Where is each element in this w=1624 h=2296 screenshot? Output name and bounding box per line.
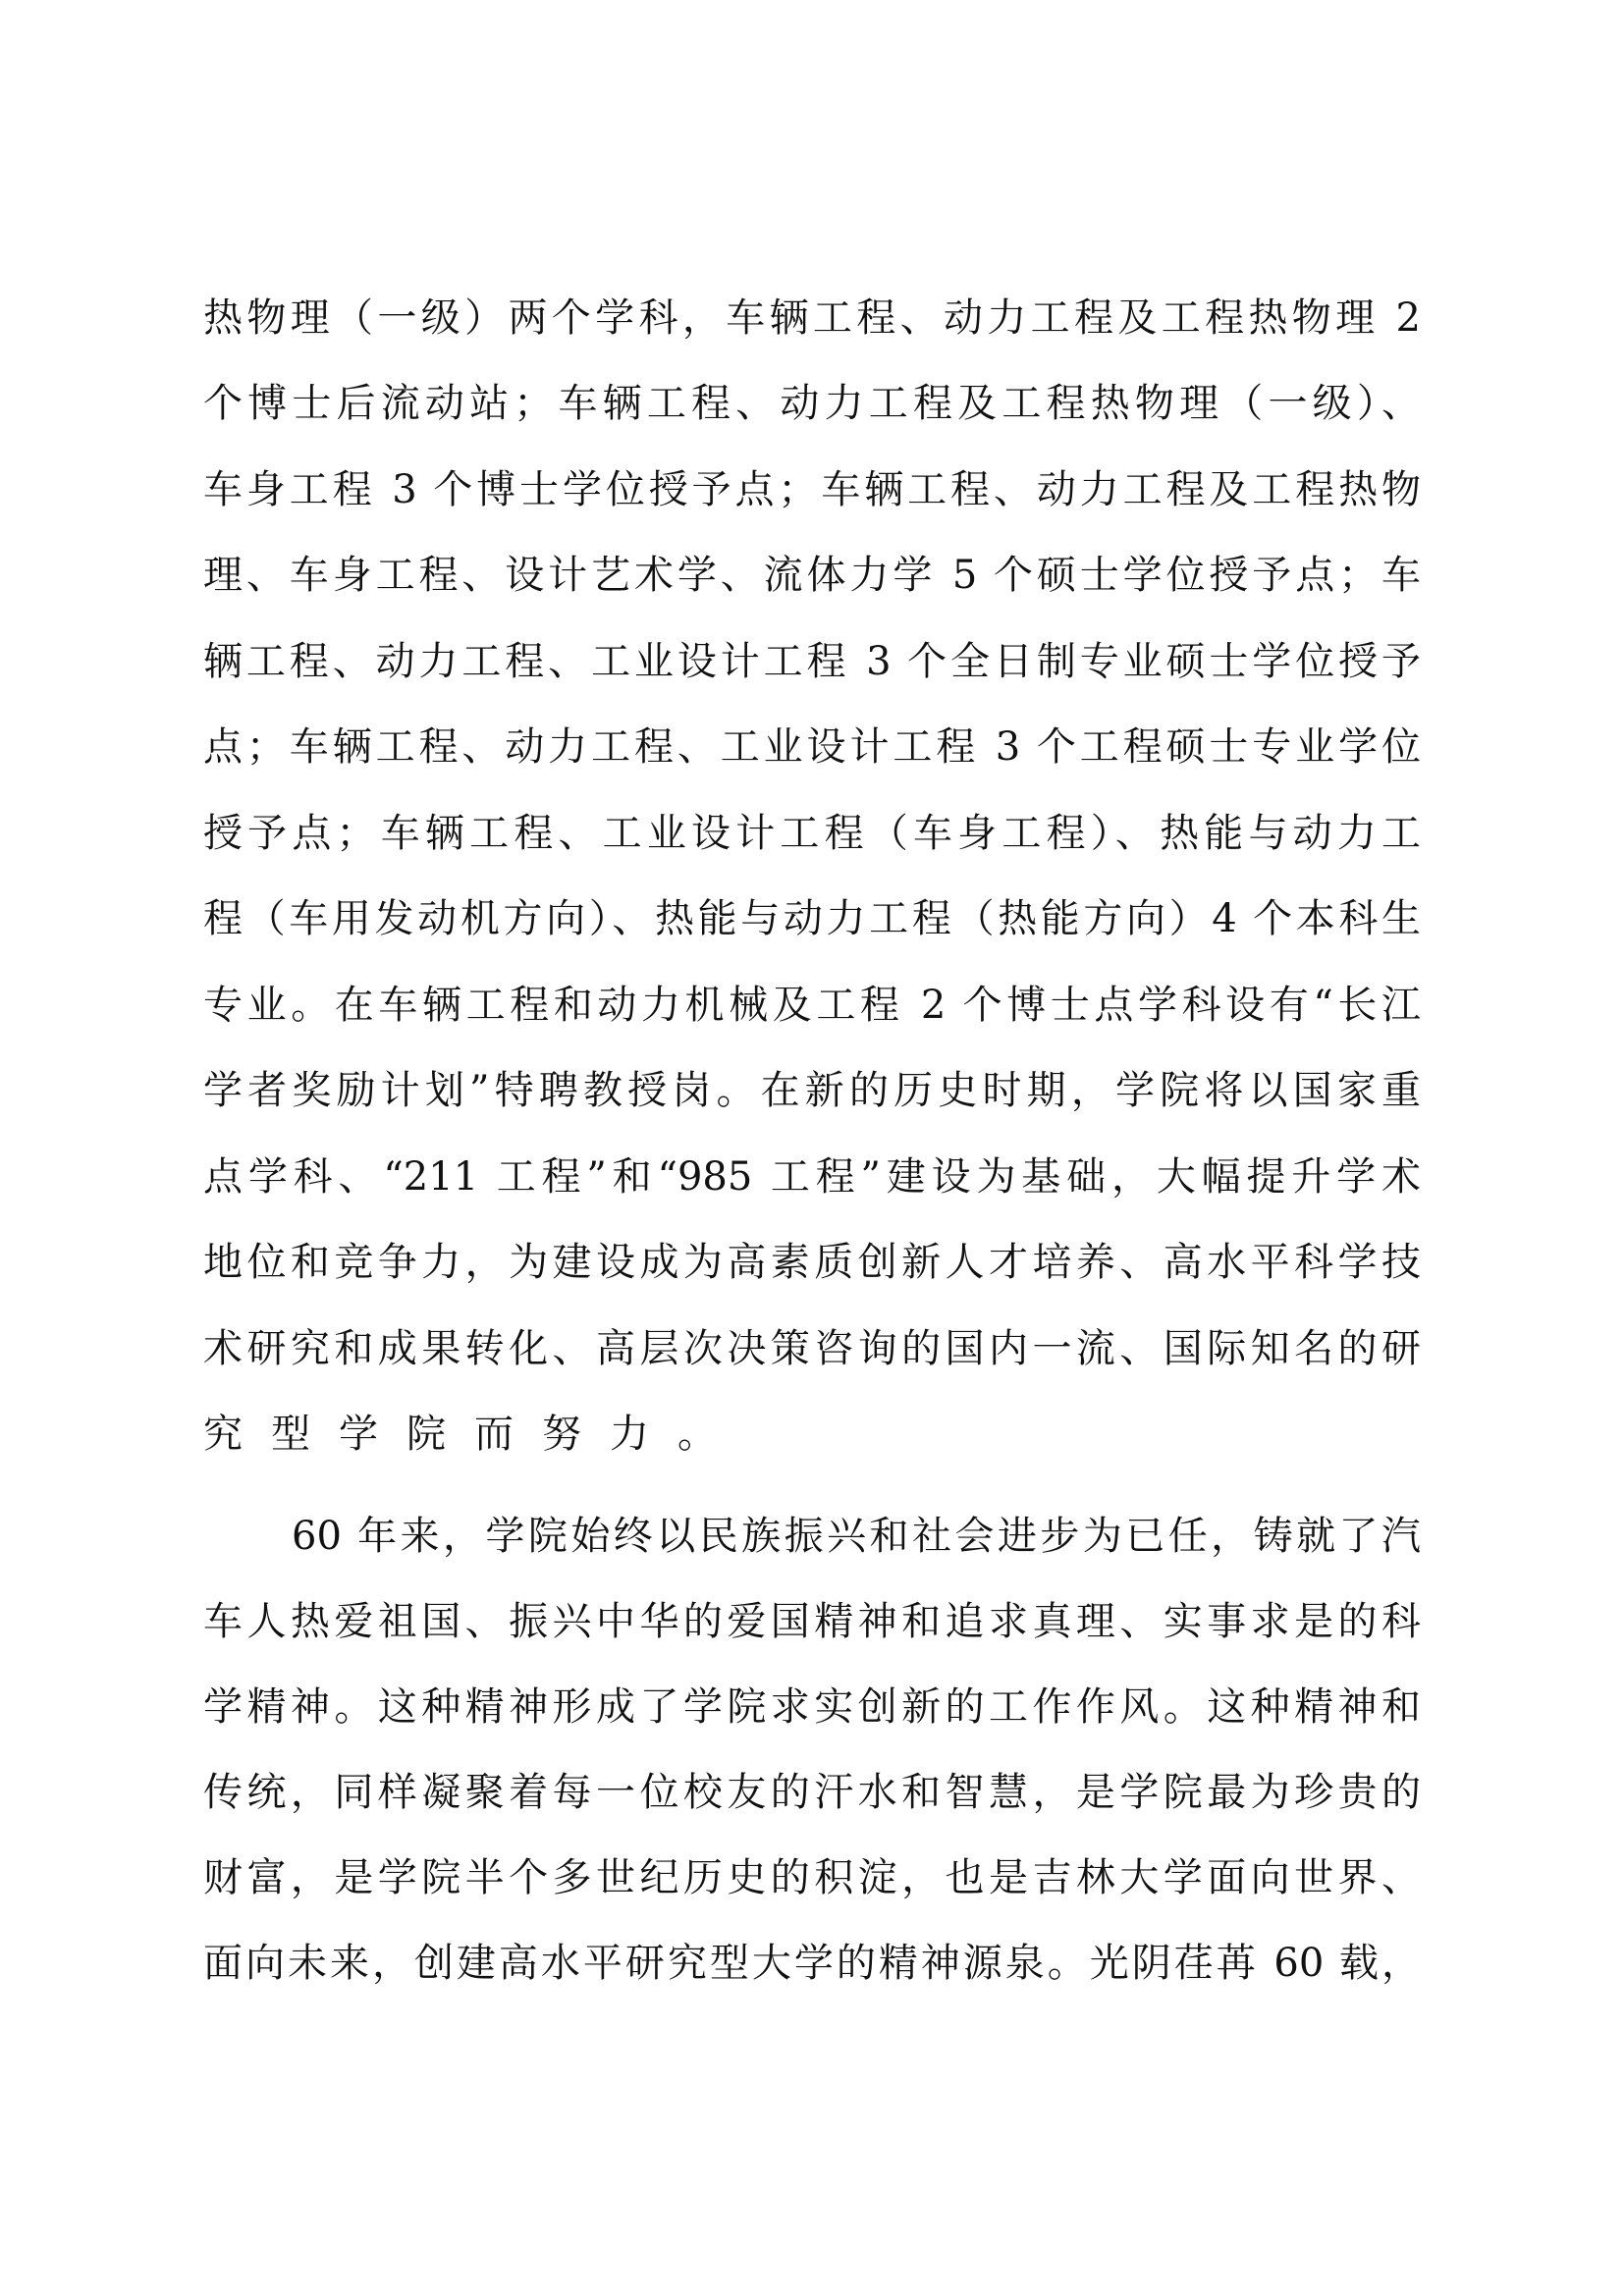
text-line: 点；车辆工程、动力工程、工业设计工程 3 个工程硕士专业学位 (203, 723, 1421, 771)
text-line: 理、车身工程、设计艺术学、流体力学 5 个硕士学位授予点；车 (203, 552, 1421, 599)
text-line: 地位和竞争力，为建设成为高素质创新人才培养、高水平科学技 (203, 1239, 1421, 1286)
text-line: 究型学院而努力。 (203, 1411, 1421, 1458)
text-line: 个博士后流动站；车辆工程、动力工程及工程热物理（一级）、 (203, 380, 1421, 427)
text-line: 传统，同样凝聚着每一位校友的汗水和智慧，是学院最为珍贵的 (203, 1769, 1421, 1816)
text-line: 学者奖励计划”特聘教授岗。在新的历史时期，学院将以国家重 (203, 1067, 1421, 1114)
text-line: 辆工程、动力工程、工业设计工程 3 个全日制专业硕士学位授予 (203, 638, 1421, 685)
text-line: 60 年来，学院始终以民族振兴和社会进步为已任，铸就了汽 (292, 1513, 1421, 1560)
text-line: 财富，是学院半个多世纪历史的积淀，也是吉林大学面向世界、 (203, 1854, 1421, 1901)
text-line: 面向未来，创建高水平研究型大学的精神源泉。光阴荏苒 60 载， (203, 1940, 1421, 1987)
text-line: 点学科、“211 工程”和“985 工程”建设为基础，大幅提升学术 (203, 1153, 1421, 1201)
document-page: 热物理（一级）两个学科，车辆工程、动力工程及工程热物理 2 个博士后流动站；车辆… (0, 0, 1624, 2296)
text-line: 程（车用发动机方向）、热能与动力工程（热能方向）4 个本科生 (203, 895, 1421, 942)
text-line: 车身工程 3 个博士学位授予点；车辆工程、动力工程及工程热物 (203, 466, 1421, 513)
text-line: 专业。在车辆工程和动力机械及工程 2 个博士点学科设有“长江 (203, 982, 1421, 1029)
text-line: 授予点；车辆工程、工业设计工程（车身工程）、热能与动力工 (203, 810, 1421, 857)
text-line: 术研究和成果转化、高层次决策咨询的国内一流、国际知名的研 (203, 1325, 1421, 1372)
text-line: 热物理（一级）两个学科，车辆工程、动力工程及工程热物理 2 (203, 294, 1421, 342)
text-line: 学精神。这种精神形成了学院求实创新的工作作风。这种精神和 (203, 1683, 1421, 1731)
text-line: 车人热爱祖国、振兴中华的爱国精神和追求真理、实事求是的科 (203, 1598, 1421, 1645)
